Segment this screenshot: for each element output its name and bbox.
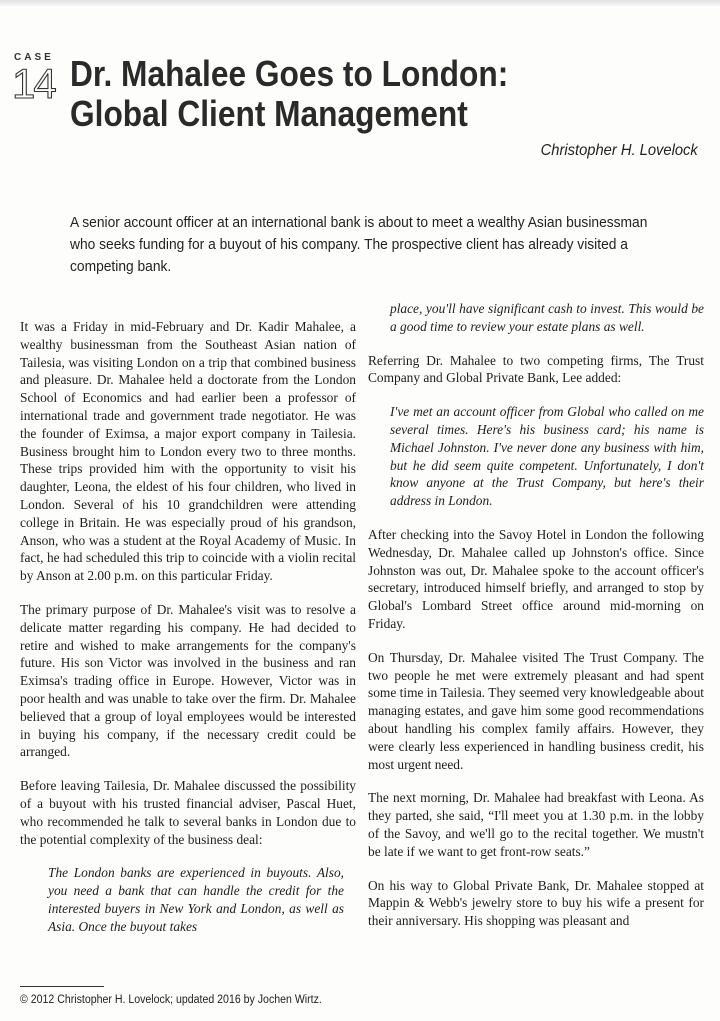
paragraph: After checking into the Savoy Hotel in L… <box>368 526 704 633</box>
paragraph: On Thursday, Dr. Mahalee visited The Tru… <box>368 649 704 774</box>
quote-block: The London banks are experienced in buyo… <box>48 864 344 935</box>
left-column: It was a Friday in mid-February and Dr. … <box>20 318 356 952</box>
quote-block: place, you'll have significant cash to i… <box>390 300 704 336</box>
paragraph: Before leaving Tailesia, Dr. Mahalee dis… <box>20 777 356 848</box>
paragraph: The next morning, Dr. Mahalee had breakf… <box>368 789 704 860</box>
paragraph: The primary purpose of Dr. Mahalee's vis… <box>20 601 356 761</box>
paragraph: It was a Friday in mid-February and Dr. … <box>20 318 356 585</box>
paragraph: On his way to Global Private Bank, Dr. M… <box>368 877 704 930</box>
title-line-1: Dr. Mahalee Goes to London: <box>70 54 508 94</box>
abstract: A senior account officer at an internati… <box>70 212 659 278</box>
right-column: place, you'll have significant cash to i… <box>368 300 704 946</box>
author: Christopher H. Lovelock <box>541 142 698 160</box>
quote-block: I've met an account officer from Global … <box>390 403 704 510</box>
case-number: 14 <box>12 64 55 104</box>
page-title: Dr. Mahalee Goes to London: Global Clien… <box>70 54 508 134</box>
paragraph: Referring Dr. Mahalee to two competing f… <box>368 352 704 388</box>
copyright-footnote: © 2012 Christopher H. Lovelock; updated … <box>20 994 322 1006</box>
footnote-divider <box>20 986 104 987</box>
page-top-edge <box>0 0 720 6</box>
title-line-2: Global Client Management <box>70 94 508 134</box>
